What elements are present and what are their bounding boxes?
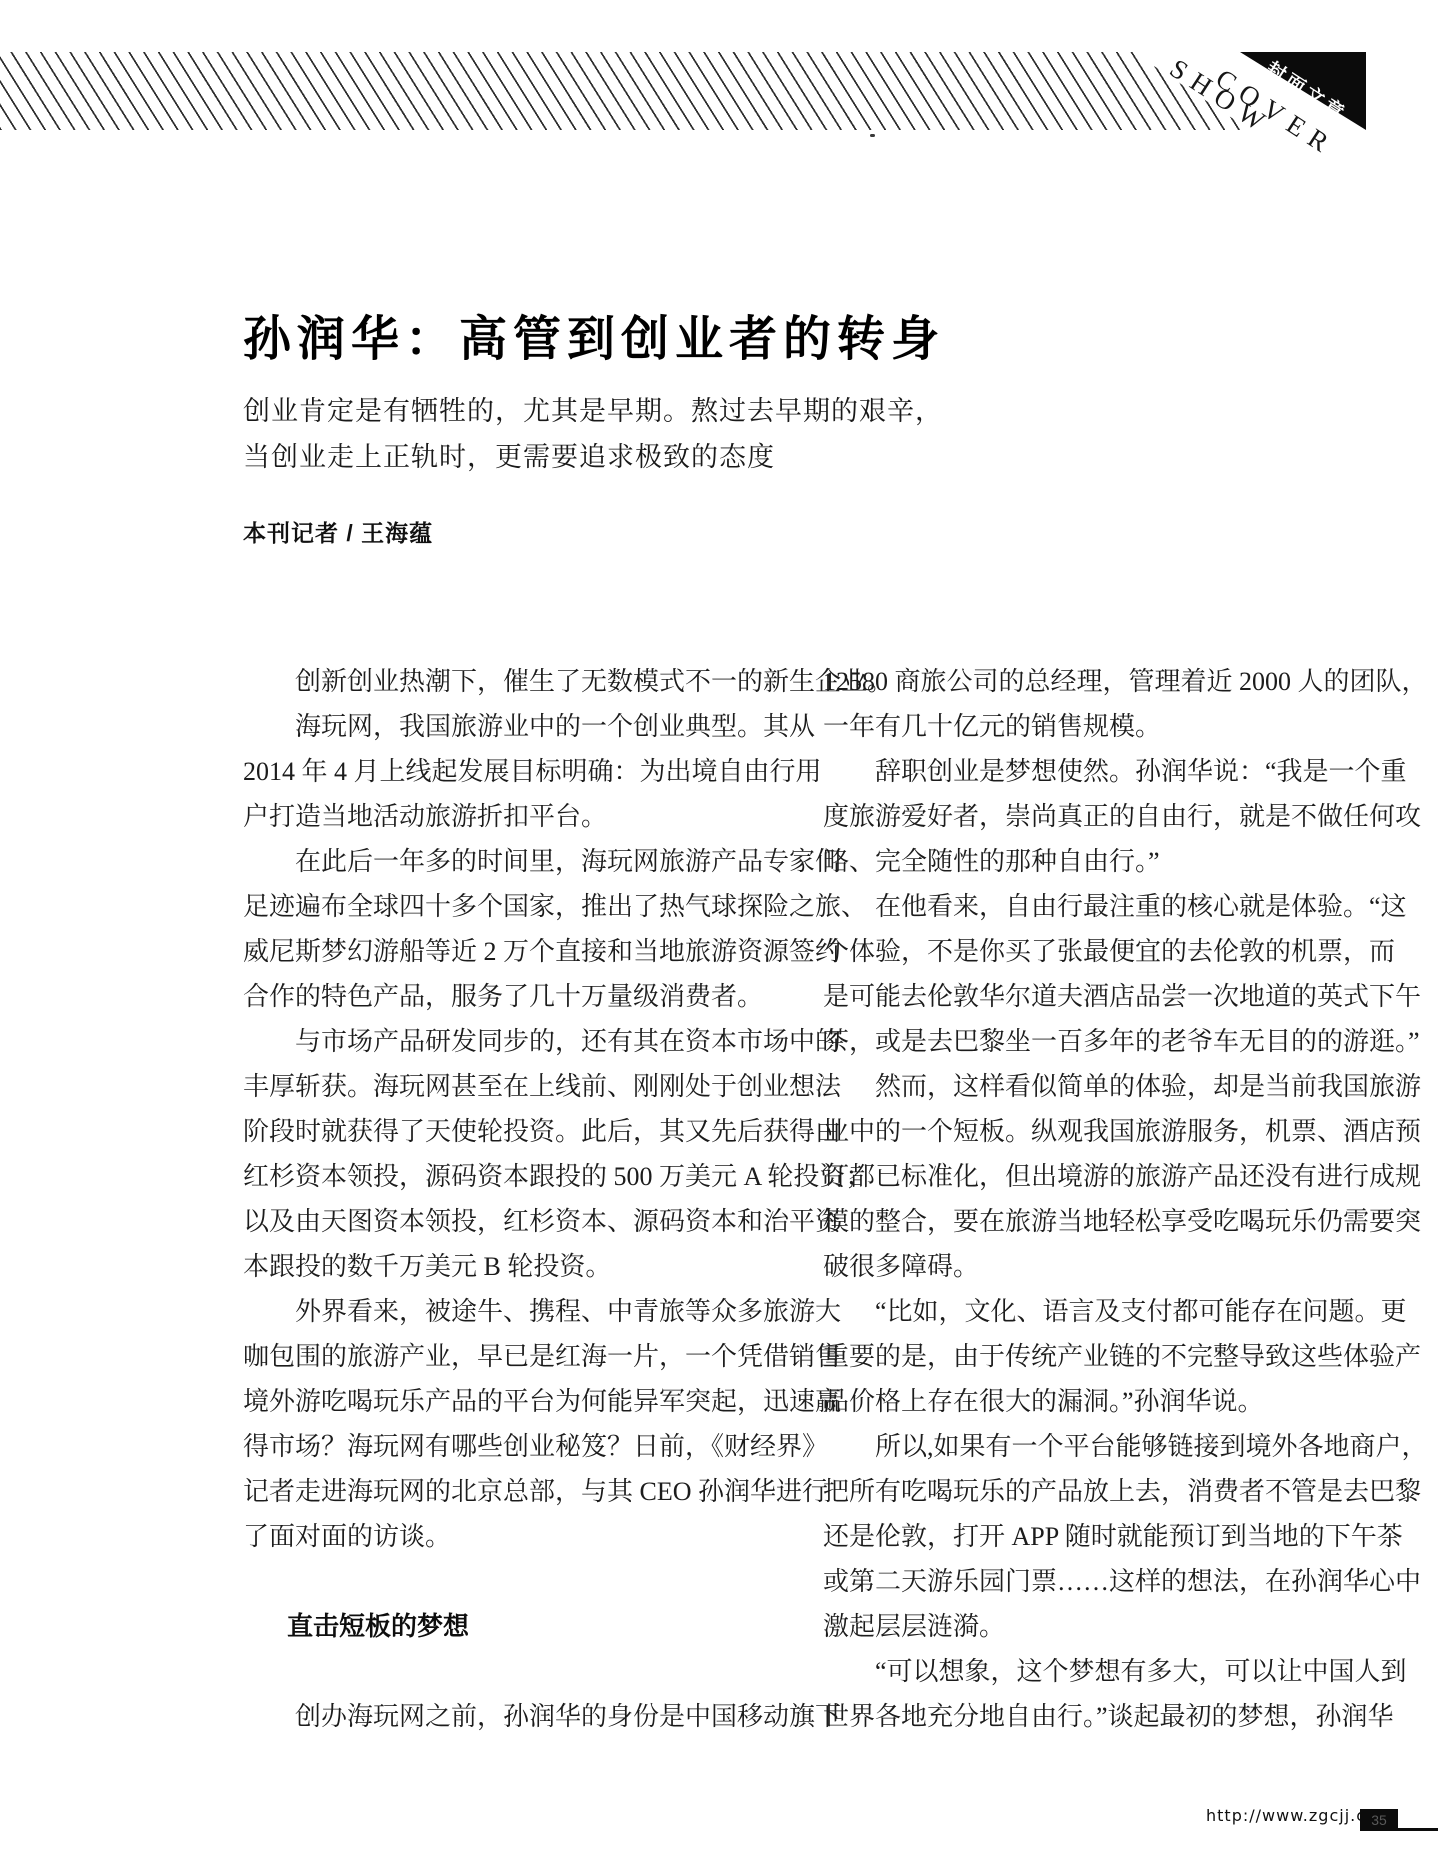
body-text-line: 咖包围的旅游产业，早已是红海一片，一个凭借销售 xyxy=(243,1334,795,1379)
footer-url: http://www.zgcjj.cn xyxy=(1206,1806,1377,1825)
left-column: 创新创业热潮下，催生了无数模式不一的新生企业。海玩网，我国旅游业中的一个创业典型… xyxy=(243,659,795,1739)
body-text-line: 创办海玩网之前，孙润华的身份是中国移动旗下 xyxy=(243,1694,795,1739)
body-text-line: 红杉资本领投，源码资本跟投的 500 万美元 A 轮投资； xyxy=(243,1154,795,1199)
page-number-badge: 35 xyxy=(1360,1809,1398,1831)
body-text-line: 在此后一年多的时间里，海玩网旅游产品专家们 xyxy=(243,839,795,884)
right-column: 12580 商旅公司的总经理，管理着近 2000 人的团队，一年有几十亿元的销售… xyxy=(823,659,1375,1739)
body-text-line: 户打造当地活动旅游折扣平台。 xyxy=(243,794,795,839)
body-text-line: 所以,如果有一个平台能够链接到境外各地商户， xyxy=(823,1424,1375,1469)
body-text-line: 12580 商旅公司的总经理，管理着近 2000 人的团队， xyxy=(823,659,1375,704)
body-text-line: 2014 年 4 月上线起发展目标明确：为出境自由行用 xyxy=(243,749,795,794)
body-text-line: “比如，文化、语言及支付都可能存在问题。更 xyxy=(823,1289,1375,1334)
subtitle-line: 创业肯定是有牺牲的，尤其是早期。熬过去早期的艰辛， xyxy=(243,388,943,434)
body-text-line: 威尼斯梦幻游船等近 2 万个直接和当地旅游资源签约 xyxy=(243,929,795,974)
body-text-line: 业中的一个短板。纵观我国旅游服务，机票、酒店预 xyxy=(823,1109,1375,1154)
body-text-line: 足迹遍布全球四十多个国家，推出了热气球探险之旅、 xyxy=(243,884,795,929)
body-text-line: 把所有吃喝玩乐的产品放上去，消费者不管是去巴黎 xyxy=(823,1469,1375,1514)
body-text-line: 创新创业热潮下，催生了无数模式不一的新生企业。 xyxy=(243,659,795,704)
body-text-line: 是可能去伦敦华尔道夫酒店品尝一次地道的英式下午 xyxy=(823,974,1375,1019)
body-text-line: 合作的特色产品，服务了几十万量级消费者。 xyxy=(243,974,795,1019)
body-text-line: 记者走进海玩网的北京总部，与其 CEO 孙润华进行 xyxy=(243,1469,795,1514)
body-text-line: 度旅游爱好者，崇尚真正的自由行，就是不做任何攻 xyxy=(823,794,1375,839)
body-text-line: 以及由天图资本领投，红杉资本、源码资本和治平资 xyxy=(243,1199,795,1244)
subtitle-line: 当创业走上正轨时，更需要追求极致的态度 xyxy=(243,434,943,480)
body-text-line: 境外游吃喝玩乐产品的平台为何能异军突起，迅速赢 xyxy=(243,1379,795,1424)
body-text-line: 世界各地充分地自由行。”谈起最初的梦想，孙润华 xyxy=(823,1694,1375,1739)
article-subtitle: 创业肯定是有牺牲的，尤其是早期。熬过去早期的艰辛， 当创业走上正轨时，更需要追求… xyxy=(243,388,943,480)
body-text-line: 茶，或是去巴黎坐一百多年的老爷车无目的的游逛。” xyxy=(823,1019,1375,1064)
magazine-page: 封面文章 COVER SHOW 孙润华：高管到创业者的转身 创业肯定是有牺牲的，… xyxy=(0,0,1438,1862)
diagonal-hatch-band xyxy=(0,52,1250,130)
body-text-line: 品价格上存在很大的漏洞。”孙润华说。 xyxy=(823,1379,1375,1424)
footer-rule xyxy=(1396,1828,1438,1831)
body-text-line: 一年有几十亿元的销售规模。 xyxy=(823,704,1375,749)
body-text-line: 订都已标准化，但出境游的旅游产品还没有进行成规 xyxy=(823,1154,1375,1199)
body-text-line: 本跟投的数千万美元 B 轮投资。 xyxy=(243,1244,795,1289)
byline: 本刊记者 / 王海蕴 xyxy=(243,515,433,548)
body-text-line: 模的整合，要在旅游当地轻松享受吃喝玩乐仍需要突 xyxy=(823,1199,1375,1244)
body-text-line: 外界看来，被途牛、携程、中青旅等众多旅游大 xyxy=(243,1289,795,1334)
body-text-line: 阶段时就获得了天使轮投资。此后，其又先后获得由 xyxy=(243,1109,795,1154)
body-text-line: 了面对面的访谈。 xyxy=(243,1514,795,1559)
body-text-line: 丰厚斩获。海玩网甚至在上线前、刚刚处于创业想法 xyxy=(243,1064,795,1109)
body-text-line: 海玩网，我国旅游业中的一个创业典型。其从 xyxy=(243,704,795,749)
body-text-line: 然而，这样看似简单的体验，却是当前我国旅游 xyxy=(823,1064,1375,1109)
body-text-line: 重要的是，由于传统产业链的不完整导致这些体验产 xyxy=(823,1334,1375,1379)
body-text-line: 略、完全随性的那种自由行。” xyxy=(823,839,1375,884)
body-text-line: 还是伦敦，打开 APP 随时就能预订到当地的下午茶 xyxy=(823,1514,1375,1559)
body-text-line: 辞职创业是梦想使然。孙润华说：“我是一个重 xyxy=(823,749,1375,794)
body-text-line: 或第二天游乐园门票……这样的想法，在孙润华心中 xyxy=(823,1559,1375,1604)
body-text-line: 与市场产品研发同步的，还有其在资本市场中的 xyxy=(243,1019,795,1064)
article-title: 孙润华：高管到创业者的转身 xyxy=(243,300,945,369)
body-text-line: 破很多障碍。 xyxy=(823,1244,1375,1289)
body-text-line: “可以想象，这个梦想有多大，可以让中国人到 xyxy=(823,1649,1375,1694)
body-text-line: 个体验，不是你买了张最便宜的去伦敦的机票，而 xyxy=(823,929,1375,974)
print-speck xyxy=(870,134,875,137)
section-heading: 直击短板的梦想 xyxy=(243,1604,795,1649)
body-text-line: 激起层层涟漪。 xyxy=(823,1604,1375,1649)
body-text-line: 在他看来，自由行最注重的核心就是体验。“这 xyxy=(823,884,1375,929)
body-text-line: 得市场？海玩网有哪些创业秘笈？日前，《财经界》 xyxy=(243,1424,795,1469)
